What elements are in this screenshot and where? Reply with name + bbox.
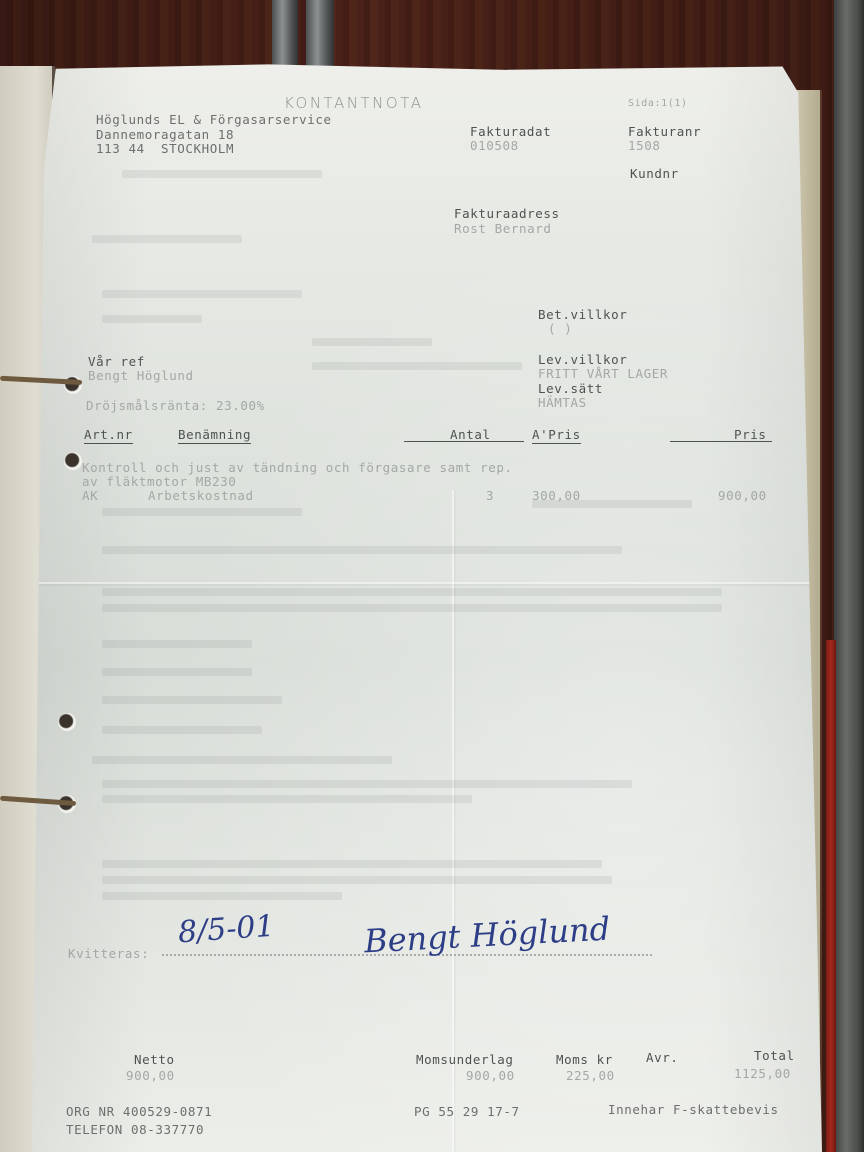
tax-certificate-note: Innehar F-skattebevis: [608, 1102, 779, 1117]
signature-label: Kvitteras:: [68, 946, 149, 961]
vat-base-label: Momsunderlag: [416, 1052, 514, 1067]
invoice-address: Rost Bernard: [454, 221, 552, 236]
total-value: 1125,00: [734, 1066, 791, 1081]
payment-terms-label: Bet.villkor: [538, 307, 627, 322]
col-header-art-nr: Art.nr: [84, 427, 133, 444]
seller-street: Dannemoragatan 18: [96, 127, 234, 142]
page-indicator: Sida:1(1): [628, 98, 688, 109]
invoice-address-label: Fakturaadress: [454, 206, 560, 221]
our-ref: Bengt Höglund: [88, 368, 194, 383]
vat-label: Moms kr: [556, 1052, 613, 1067]
binder-clip: [272, 0, 298, 70]
invoice-no-label: Fakturanr: [628, 124, 701, 139]
metal-rail: [834, 0, 864, 1152]
invoice-date-label: Fakturadat: [470, 124, 551, 139]
binder-clip: [306, 0, 334, 70]
invoice-date: 010508: [470, 138, 519, 153]
vat-value: 225,00: [566, 1068, 615, 1083]
row-name: Arbetskostnad: [148, 488, 254, 503]
delivery-method-label: Lev.sätt: [538, 381, 603, 396]
col-header-price: Pris: [734, 427, 767, 442]
late-interest: Dröjsmålsränta: 23.00%: [86, 398, 265, 413]
phone-number: TELEFON 08-337770: [66, 1122, 204, 1137]
delivery-terms-label: Lev.villkor: [538, 352, 627, 367]
red-binder-edge: [826, 640, 836, 1152]
row-price: 900,00: [718, 488, 767, 503]
row-unit-price: 300,00: [532, 488, 581, 503]
seller-postal: 113 44 STOCKHOLM: [96, 141, 234, 156]
col-header-qty: Antal: [450, 427, 491, 442]
total-label: Total: [754, 1048, 795, 1063]
fold-crease: [32, 582, 822, 584]
col-header-unit-price: A'Pris: [532, 427, 581, 444]
col-header-description: Benämning: [178, 427, 251, 444]
payment-terms: ( ): [548, 321, 572, 336]
rounding-label: Avr.: [646, 1050, 679, 1065]
receipt-sheet: KONTANTNOTA Sida:1(1) Höglunds EL & Förg…: [32, 60, 822, 1152]
item-description-line: Kontroll och just av tändning och förgas…: [82, 460, 513, 475]
net-value: 900,00: [126, 1068, 175, 1083]
punch-hole: [58, 713, 76, 731]
vat-base-value: 900,00: [466, 1068, 515, 1083]
org-number: ORG NR 400529-0871: [66, 1104, 212, 1119]
row-art-nr: AK: [82, 488, 98, 503]
delivery-terms: FRITT VÅRT LAGER: [538, 366, 668, 381]
delivery-method: HÄMTAS: [538, 395, 587, 410]
customer-no-label: Kundnr: [630, 166, 679, 181]
row-qty: 3: [486, 488, 494, 503]
handwritten-date: 8/5-01: [177, 909, 276, 951]
invoice-no: 1508: [628, 138, 661, 153]
item-description-line: av fläktmotor MB230: [82, 474, 236, 489]
net-label: Netto: [134, 1052, 175, 1067]
punch-hole: [64, 452, 82, 470]
seller-name: Höglunds EL & Förgasarservice: [96, 112, 332, 127]
document-title: KONTANTNOTA: [284, 94, 423, 112]
postgiro-number: PG 55 29 17-7: [414, 1104, 520, 1119]
our-ref-label: Vår ref: [88, 354, 145, 369]
